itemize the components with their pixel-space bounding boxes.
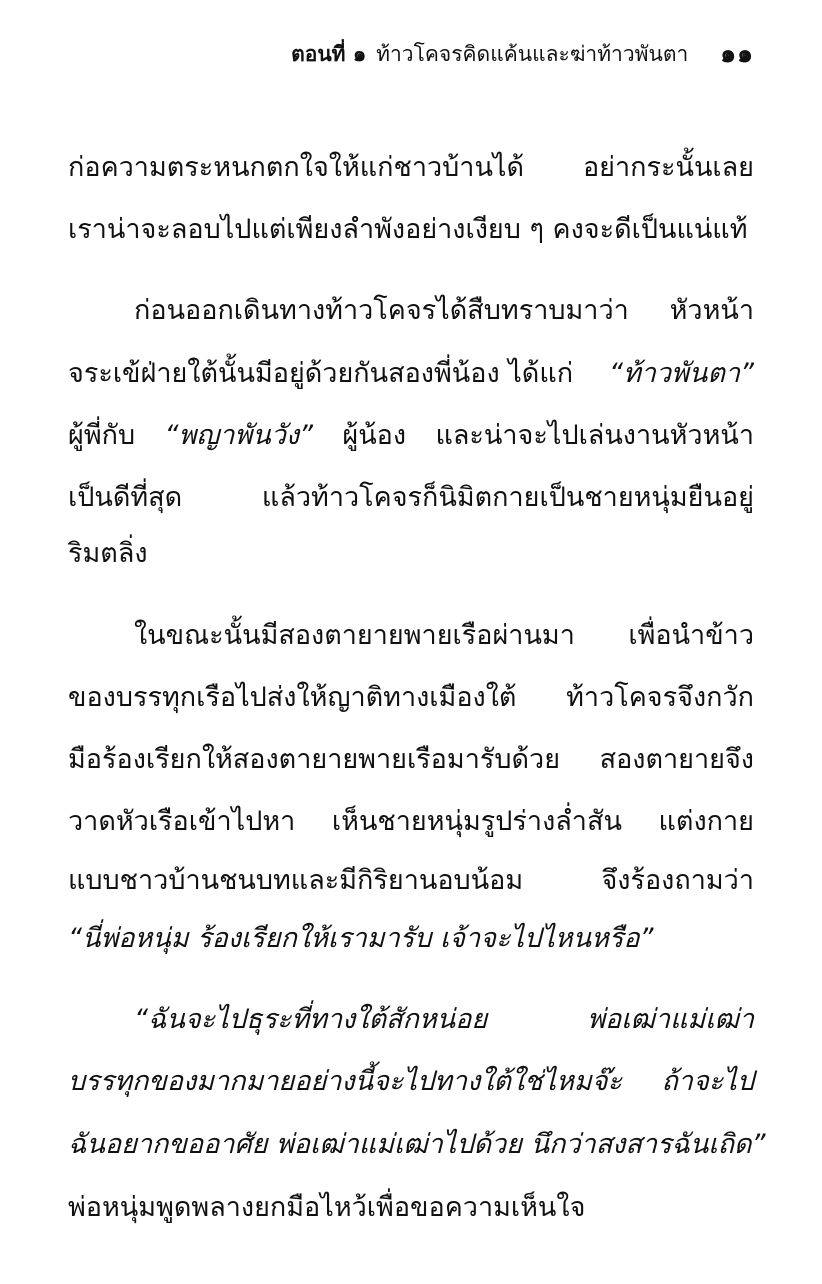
text-segment: เห็นชายหนุ่มรูปร่างล่ำสัน (332, 797, 622, 847)
text-segment: ในขณะนั้นมีสองตายายพายเรือผ่านมา (134, 611, 575, 661)
name-quote-thao-phanta: “ท้าวพันตา” (609, 349, 754, 399)
text-segment: สองตายายจึง (600, 735, 754, 785)
running-header: ตอนที่ ๑ ท้าวโคจรคิดแค้นและฆ่าท้าวพันตา … (291, 34, 754, 74)
dialogue-quote: บรรทุกของมากมายอย่างนี้จะไปทางใต้ใช่ไหมจ… (68, 1057, 622, 1107)
book-page: ตอนที่ ๑ ท้าวโคจรคิดแค้นและฆ่าท้าวพันตา … (0, 0, 822, 1284)
text-segment: ก่อความตระหนกตกใจให้แก่ชาวบ้านได้ (68, 143, 524, 193)
paragraph-1-line-2: เราน่าจะลอบไปแต่เพียงลำพังอย่างเงียบ ๆ ค… (68, 205, 754, 255)
paragraph-4-line-4: พ่อหนุ่มพูดพลางยกมือไหว้เพื่อขอความเห็นใ… (68, 1183, 754, 1233)
text-segment: พ่อหนุ่มพูดพลางยกมือไหว้เพื่อขอความเห็นใ… (68, 1183, 585, 1233)
text-segment: มือร้องเรียกให้สองตายายพายเรือมารับด้วย (68, 735, 560, 785)
text-segment: เป็นดีที่สุด (68, 473, 182, 523)
text-segment: ผู้น้อง (342, 411, 406, 461)
dialogue-quote: “ฉันจะไปธุระที่ทางใต้สักหน่อย (134, 995, 487, 1045)
dialogue-quote: พ่อเฒ่าแม่เฒ่า (587, 995, 754, 1045)
paragraph-3-line-3: มือร้องเรียกให้สองตายายพายเรือมารับด้วย … (68, 735, 754, 785)
paragraph-3-line-4: วาดหัวเรือเข้าไปหา เห็นชายหนุ่มรูปร่างล่… (68, 797, 754, 847)
paragraph-2-line-2: จระเข้ฝ่ายใต้นั้นมีอยู่ด้วยกันสองพี่น้อง… (68, 349, 754, 399)
text-segment: ท้าวโคจรจึงกวัก (566, 673, 754, 723)
paragraph-3-line-5: แบบชาวบ้านชนบทและมีกิริยานอบน้อม จึงร้อง… (68, 856, 754, 906)
text-segment: แต่งกาย (659, 797, 754, 847)
text-segment: อย่ากระนั้นเลย (583, 143, 754, 193)
text-segment: และน่าจะไปเล่นงานหัวหน้า (435, 411, 754, 461)
paragraph-2-line-4: เป็นดีที่สุด แล้วท้าวโคจรก็นิมิตกายเป็นช… (68, 473, 754, 523)
text-segment: ก่อนออกเดินทางท้าวโคจรได้สืบทราบมาว่า (134, 286, 629, 336)
dialogue-quote: ฉันอยากขออาศัย พ่อเฒ่าแม่เฒ่าไปด้วย นึกว… (68, 1120, 765, 1170)
dialogue-quote: ถ้าจะไป (661, 1057, 754, 1107)
text-segment: จึงร้องถามว่า (601, 856, 754, 906)
page-number: ๑๑ (720, 34, 754, 74)
chapter-title: ท้าวโคจรคิดแค้นและฆ่าท้าวพันตา (376, 38, 688, 71)
text-segment: เพื่อนำข้าว (628, 611, 754, 661)
paragraph-4-line-2: บรรทุกของมากมายอย่างนี้จะไปทางใต้ใช่ไหมจ… (68, 1057, 754, 1107)
paragraph-2-line-3: ผู้พี่กับ “พญาพันวัง” ผู้น้อง และน่าจะไป… (68, 411, 754, 461)
paragraph-1-line-1: ก่อความตระหนกตกใจให้แก่ชาวบ้านได้ อย่ากร… (68, 143, 754, 193)
paragraph-4-line-3: ฉันอยากขออาศัย พ่อเฒ่าแม่เฒ่าไปด้วย นึกว… (68, 1120, 754, 1170)
paragraph-3-line-6: “นี่พ่อหนุ่ม ร้องเรียกให้เรามารับ เจ้าจะ… (68, 914, 754, 964)
name-quote-phaya-phanwang: “พญาพันวัง” (164, 411, 313, 461)
chapter-label: ตอนที่ ๑ (291, 38, 366, 71)
paragraph-3-line-2: ของบรรทุกเรือไปส่งให้ญาติทางเมืองใต้ ท้า… (68, 673, 754, 723)
paragraph-2-line-5: ริมตลิ่ง (68, 529, 754, 579)
text-segment: ผู้พี่กับ (68, 411, 135, 461)
text-segment: ของบรรทุกเรือไปส่งให้ญาติทางเมืองใต้ (68, 673, 516, 723)
text-segment: เราน่าจะลอบไปแต่เพียงลำพังอย่างเงียบ ๆ ค… (68, 205, 748, 255)
dialogue-quote: “นี่พ่อหนุ่ม ร้องเรียกให้เรามารับ เจ้าจะ… (68, 914, 654, 964)
text-segment: แล้วท้าวโคจรก็นิมิตกายเป็นชายหนุ่มยืนอยู… (262, 473, 754, 523)
text-segment: ริมตลิ่ง (68, 529, 148, 579)
paragraph-4-line-1: “ฉันจะไปธุระที่ทางใต้สักหน่อย พ่อเฒ่าแม่… (134, 995, 754, 1045)
text-segment: แบบชาวบ้านชนบทและมีกิริยานอบน้อม (68, 856, 523, 906)
text-segment: หัวหน้า (670, 286, 754, 336)
text-segment: จระเข้ฝ่ายใต้นั้นมีอยู่ด้วยกันสองพี่น้อง… (68, 349, 573, 399)
paragraph-2-line-1: ก่อนออกเดินทางท้าวโคจรได้สืบทราบมาว่า หั… (134, 286, 754, 336)
paragraph-3-line-1: ในขณะนั้นมีสองตายายพายเรือผ่านมา เพื่อนำ… (134, 611, 754, 661)
text-segment: วาดหัวเรือเข้าไปหา (68, 797, 295, 847)
